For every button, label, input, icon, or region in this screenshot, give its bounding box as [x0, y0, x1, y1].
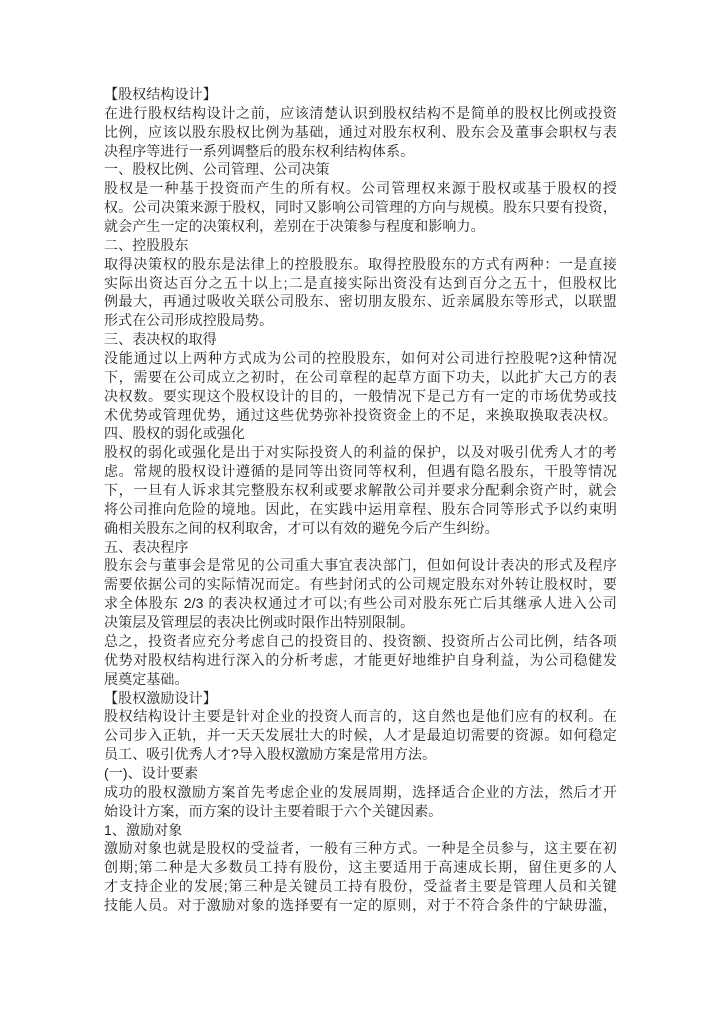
text-line: 激励对象也就是股权的受益者，一般有三种方式。一种是全员参与，这主要在初	[104, 839, 617, 858]
text-line: 例最大，再通过吸收关联公司股东、密切朋友股东、近亲属股东等形式，以联盟	[104, 292, 617, 311]
text-line: 就会产生一定的决策权利，差别在于决策参与程度和影响力。	[104, 217, 617, 236]
text-line: 比例，应该以股东股权比例为基础，通过对股东权利、股东会及董事会职权与表	[104, 123, 617, 142]
text-line: 公司步入正轨，并一天天发展壮大的时候，人才是最迫切需要的资源。如何稳定	[104, 726, 617, 745]
text-line: 二、控股股东	[104, 236, 617, 255]
text-line: 技能人员。对于激励对象的选择要有一定的原则，对于不符合条件的宁缺毋滥，	[104, 896, 617, 915]
text-line: 下，一旦有人诉求其完整股东权利或要求解散公司并要求分配剩余资产时，就会	[104, 481, 617, 500]
text-line: 没能通过以上两种方式成为公司的控股股东，如何对公司进行控股呢?这种情况	[104, 349, 617, 368]
text-line: 三、表决权的取得	[104, 330, 617, 349]
text-line: 术优势或管理优势，通过这些优势弥补投资资金上的不足，来换取换取表决权。	[104, 406, 617, 425]
text-line: 实际出资达百分之五十以上;二是直接实际出资没有达到百分之五十，但股权比	[104, 274, 617, 293]
text-line: 五、表决程序	[104, 538, 617, 557]
text-line: 股权是一种基于投资而产生的所有权。公司管理权来源于股权或基于股权的授	[104, 179, 617, 198]
text-line: 在进行股权结构设计之前，应该清楚认识到股权结构不是简单的股权比例或投资	[104, 104, 617, 123]
text-line: (一)、设计要素	[104, 764, 617, 783]
text-line: 决权数。要实现这个股权设计的目的，一般情况下是己方有一定的市场优势或技	[104, 387, 617, 406]
text-line: 员工、吸引优秀人才?导入股权激励方案是常用方法。	[104, 745, 617, 764]
text-line: 决策层及管理层的表决比例或时限作出特别限制。	[104, 613, 617, 632]
text-line: 下，需要在公司成立之初时，在公司章程的起草方面下功夫，以此扩大己方的表	[104, 368, 617, 387]
text-line: 求全体股东 2/3 的表决权通过才可以;有些公司对股东死亡后其继承人进入公司	[104, 594, 617, 613]
text-line: 成功的股权激励方案首先考虑企业的发展周期，选择适合企业的方法，然后才开	[104, 783, 617, 802]
text-line: 股权的弱化或强化是出于对实际投资人的利益的保护，以及对吸引优秀人才的考	[104, 443, 617, 462]
text-line: 形式在公司形成控股局势。	[104, 311, 617, 330]
text-line: 一、股权比例、公司管理、公司决策	[104, 160, 617, 179]
text-line: 股权结构设计主要是针对企业的投资人而言的，这自然也是他们应有的权利。在	[104, 707, 617, 726]
document-body: 【股权结构设计】在进行股权结构设计之前，应该清楚认识到股权结构不是简单的股权比例…	[104, 85, 617, 915]
text-line: 决程序等进行一系列调整后的股东权利结构体系。	[104, 142, 617, 161]
text-line: 需要依据公司的实际情况而定。有些封闭式的公司规定股东对外转让股权时，要	[104, 575, 617, 594]
text-line: 将公司推向危险的境地。因此，在实践中运用章程、股东合同等形式予以约束明	[104, 500, 617, 519]
text-line: 总之，投资者应充分考虑自己的投资目的、投资额、投资所占公司比例，结各项	[104, 632, 617, 651]
text-line: 确相关股东之间的权利取舍，才可以有效的避免今后产生纠纷。	[104, 519, 617, 538]
text-line: 展奠定基础。	[104, 670, 617, 689]
text-line: 【股权激励设计】	[104, 689, 617, 708]
text-line: 虑。常规的股权设计遵循的是同等出资同等权利，但遇有隐名股东，干股等情况	[104, 462, 617, 481]
text-line: 优势对股权结构进行深入的分析考虑，才能更好地维护自身利益，为公司稳健发	[104, 651, 617, 670]
document-page: 【股权结构设计】在进行股权结构设计之前，应该清楚认识到股权结构不是简单的股权比例…	[0, 0, 720, 1017]
text-line: 1、激励对象	[104, 821, 617, 840]
text-line: 始设计方案，而方案的设计主要着眼于六个关键因素。	[104, 802, 617, 821]
text-line: 权。公司决策来源于股权，同时又影响公司管理的方向与规模。股东只要有投资，	[104, 198, 617, 217]
text-line: 股东会与董事会是常见的公司重大事宜表决部门，但如何设计表决的形式及程序	[104, 556, 617, 575]
text-line: 【股权结构设计】	[104, 85, 617, 104]
text-line: 创期;第二种是大多数员工持有股份，这主要适用于高速成长期，留住更多的人	[104, 858, 617, 877]
text-line: 四、股权的弱化或强化	[104, 424, 617, 443]
text-line: 取得决策权的股东是法律上的控股股东。取得控股股东的方式有两种：一是直接	[104, 255, 617, 274]
text-line: 才支持企业的发展;第三种是关键员工持有股份，受益者主要是管理人员和关键	[104, 877, 617, 896]
